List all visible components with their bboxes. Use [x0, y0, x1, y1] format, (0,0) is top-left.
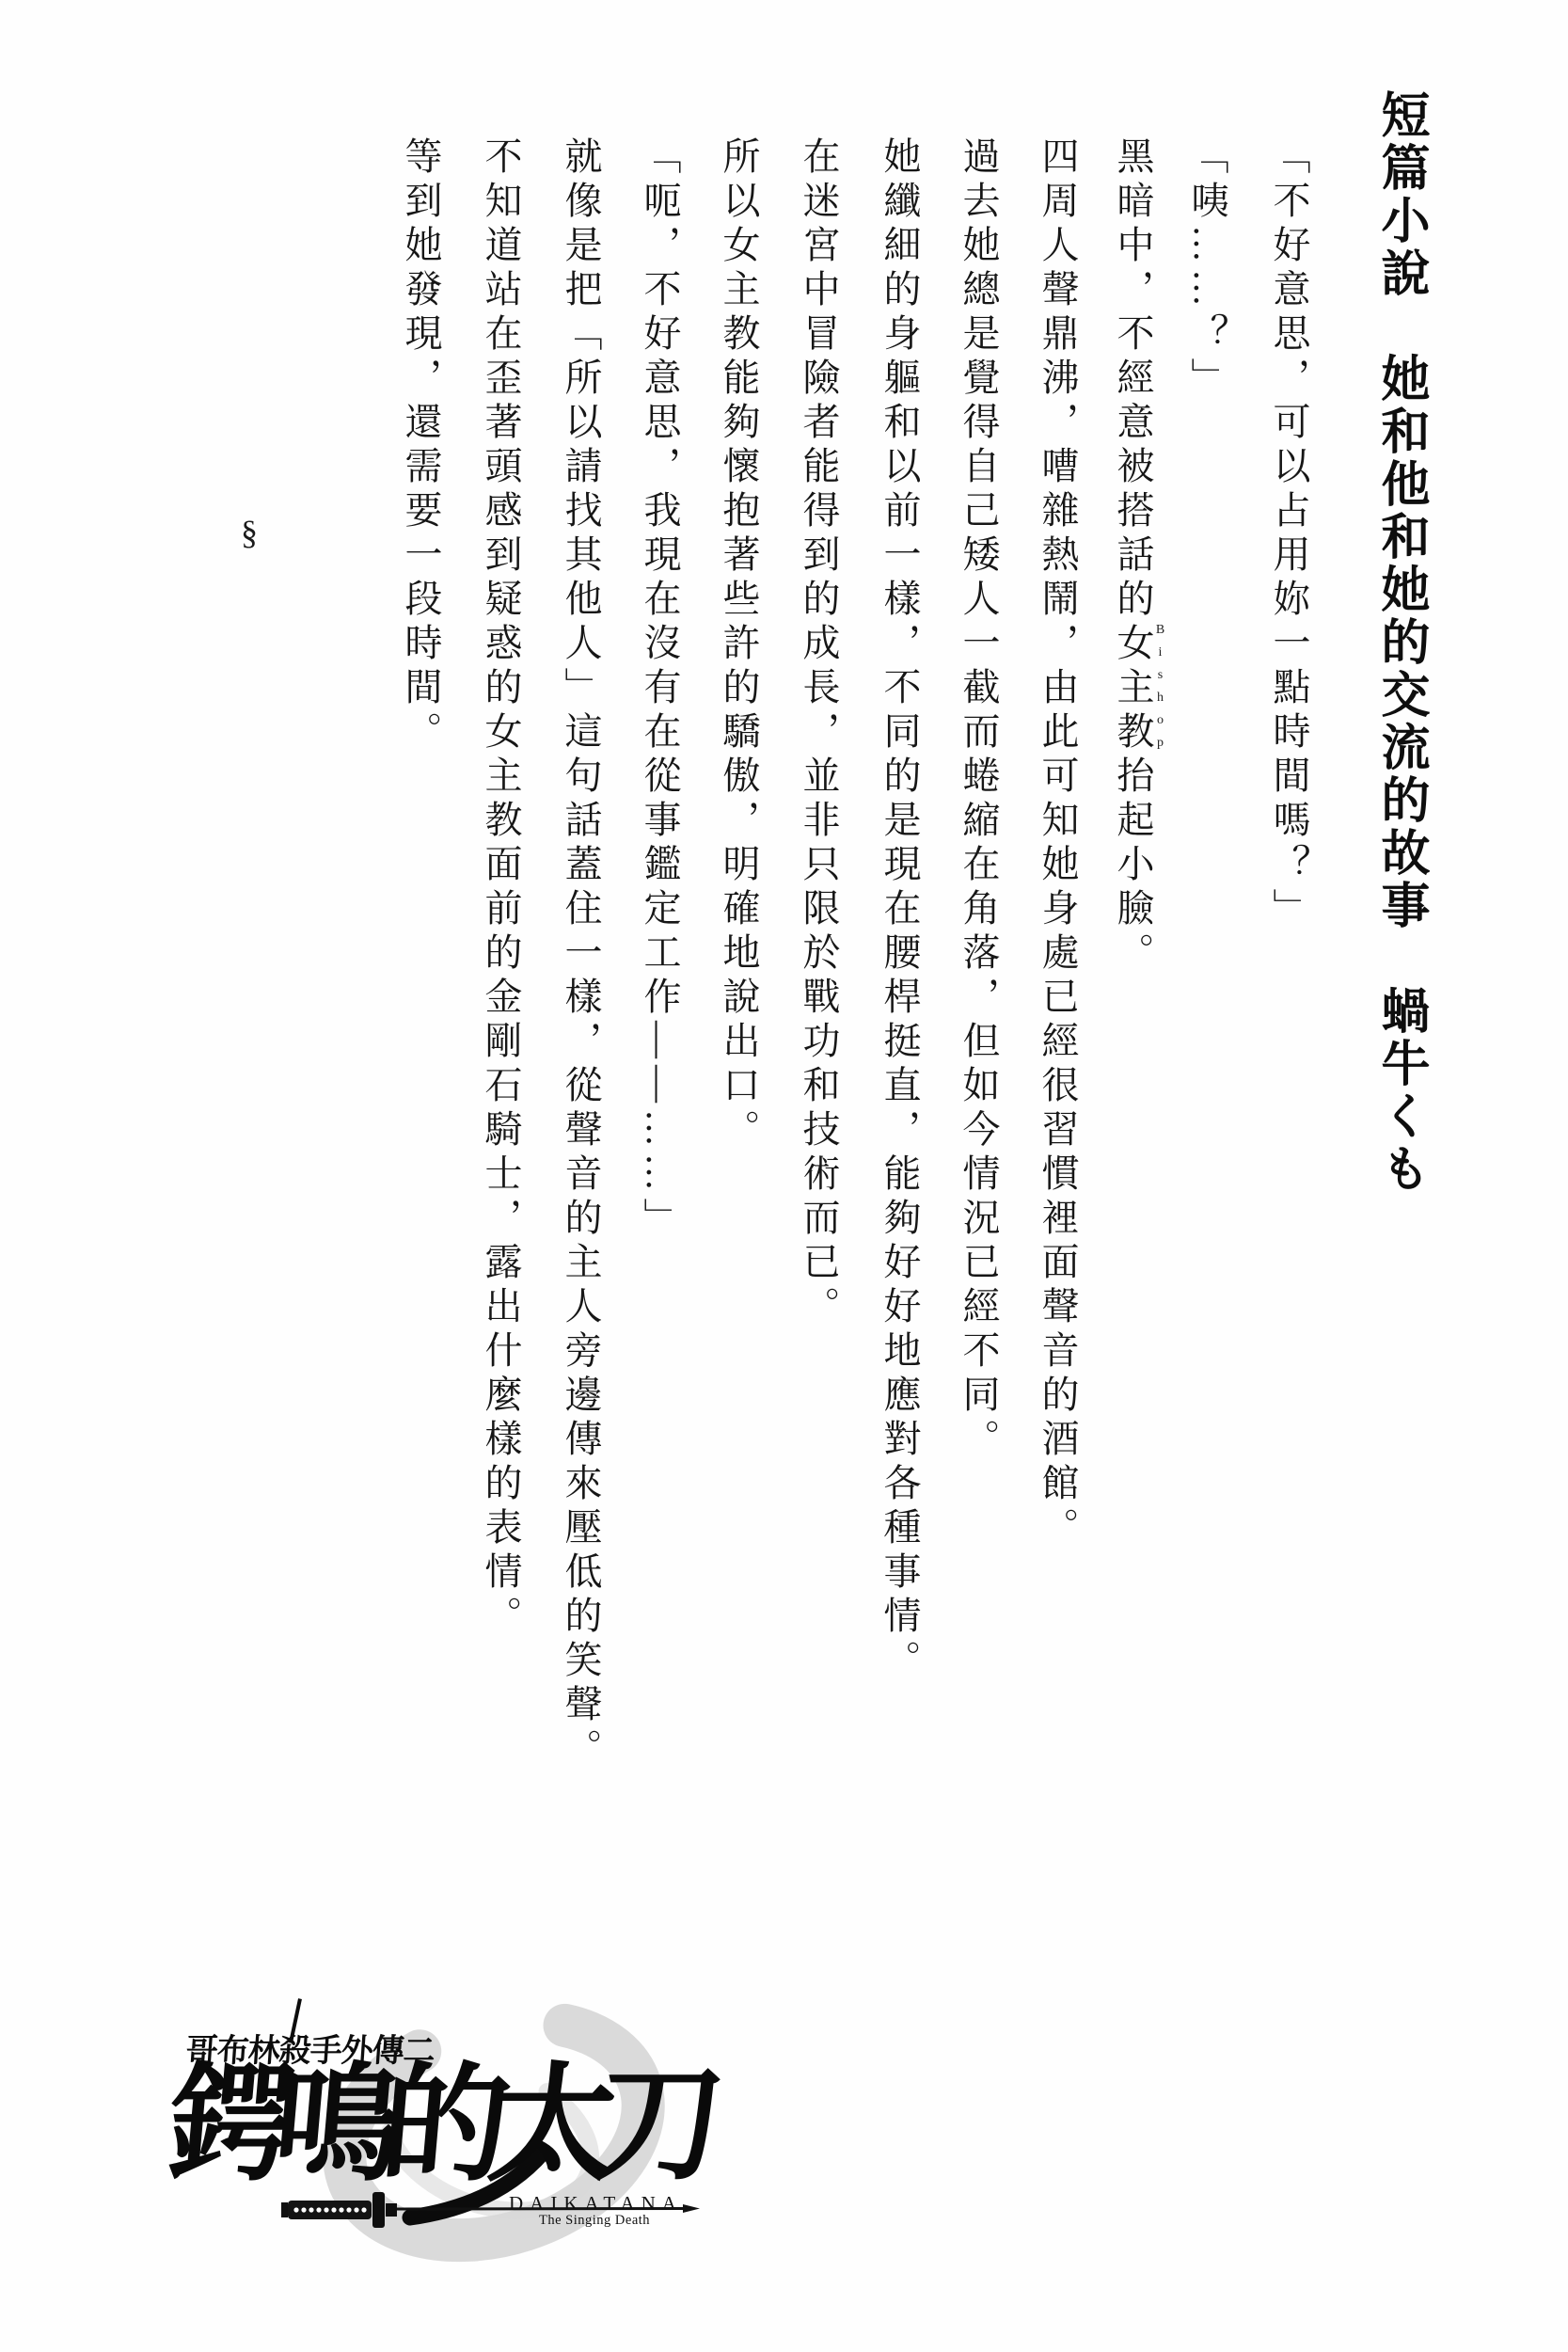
text-column: 她纖細的身軀和以前一樣，不同的是現在腰桿挺直，能夠好好地應對各種事情。 — [880, 136, 918, 1684]
text-column: 不知道站在歪著頭感到疑惑的女主教面前的金剛石騎士，露出什麼樣的表情。 — [482, 136, 519, 1640]
text-column: 就像是把「所以請找其他人」這句話蓋住一樣，從聲音的主人旁邊傳來壓低的笑聲。 — [562, 136, 599, 1772]
section-divider: § — [241, 513, 258, 552]
text-column: 四周人聲鼎沸，嘈雜熱鬧，由此可知她身處已經很習慣裡面聲音的酒館。 — [1038, 136, 1076, 1551]
logo-main-title: 鍔鳴的太刀 — [162, 2062, 709, 2190]
text-column: 過去她總是覺得自己矮人一截而蜷縮在角落，但如今情況已經不同。 — [959, 136, 997, 1463]
text-column: 黑暗中，不經意被搭話的女主教抬起小臉。 — [1114, 136, 1151, 977]
text-column: 等到她發現，還需要一段時間。 — [402, 136, 439, 755]
text-column: 「呃，不好意思，我現在沒有在從事鑑定工作——……」 — [641, 136, 678, 1242]
logo-english-subtitle: The Singing Death — [539, 2213, 650, 2229]
furigana-bishop: Bishop — [1153, 623, 1166, 758]
text-column: 「不好意思，可以占用妳一點時間嗎？」 — [1270, 136, 1307, 932]
text-column: 所以女主教能夠懷抱著些許的驕傲，明確地說出口。 — [720, 136, 757, 1153]
story-title: 短篇小說 她和他和她的交流的故事 蝸牛くも — [1375, 89, 1424, 1196]
novel-page: 短篇小說 她和他和她的交流的故事 蝸牛くも 「不好意思，可以占用妳一點時間嗎？」… — [0, 0, 1568, 2352]
text-column: 在迷宮中冒險者能得到的成長，並非只限於戰功和技術而已。 — [800, 136, 837, 1330]
text-column: 「咦……？」 — [1188, 136, 1226, 402]
